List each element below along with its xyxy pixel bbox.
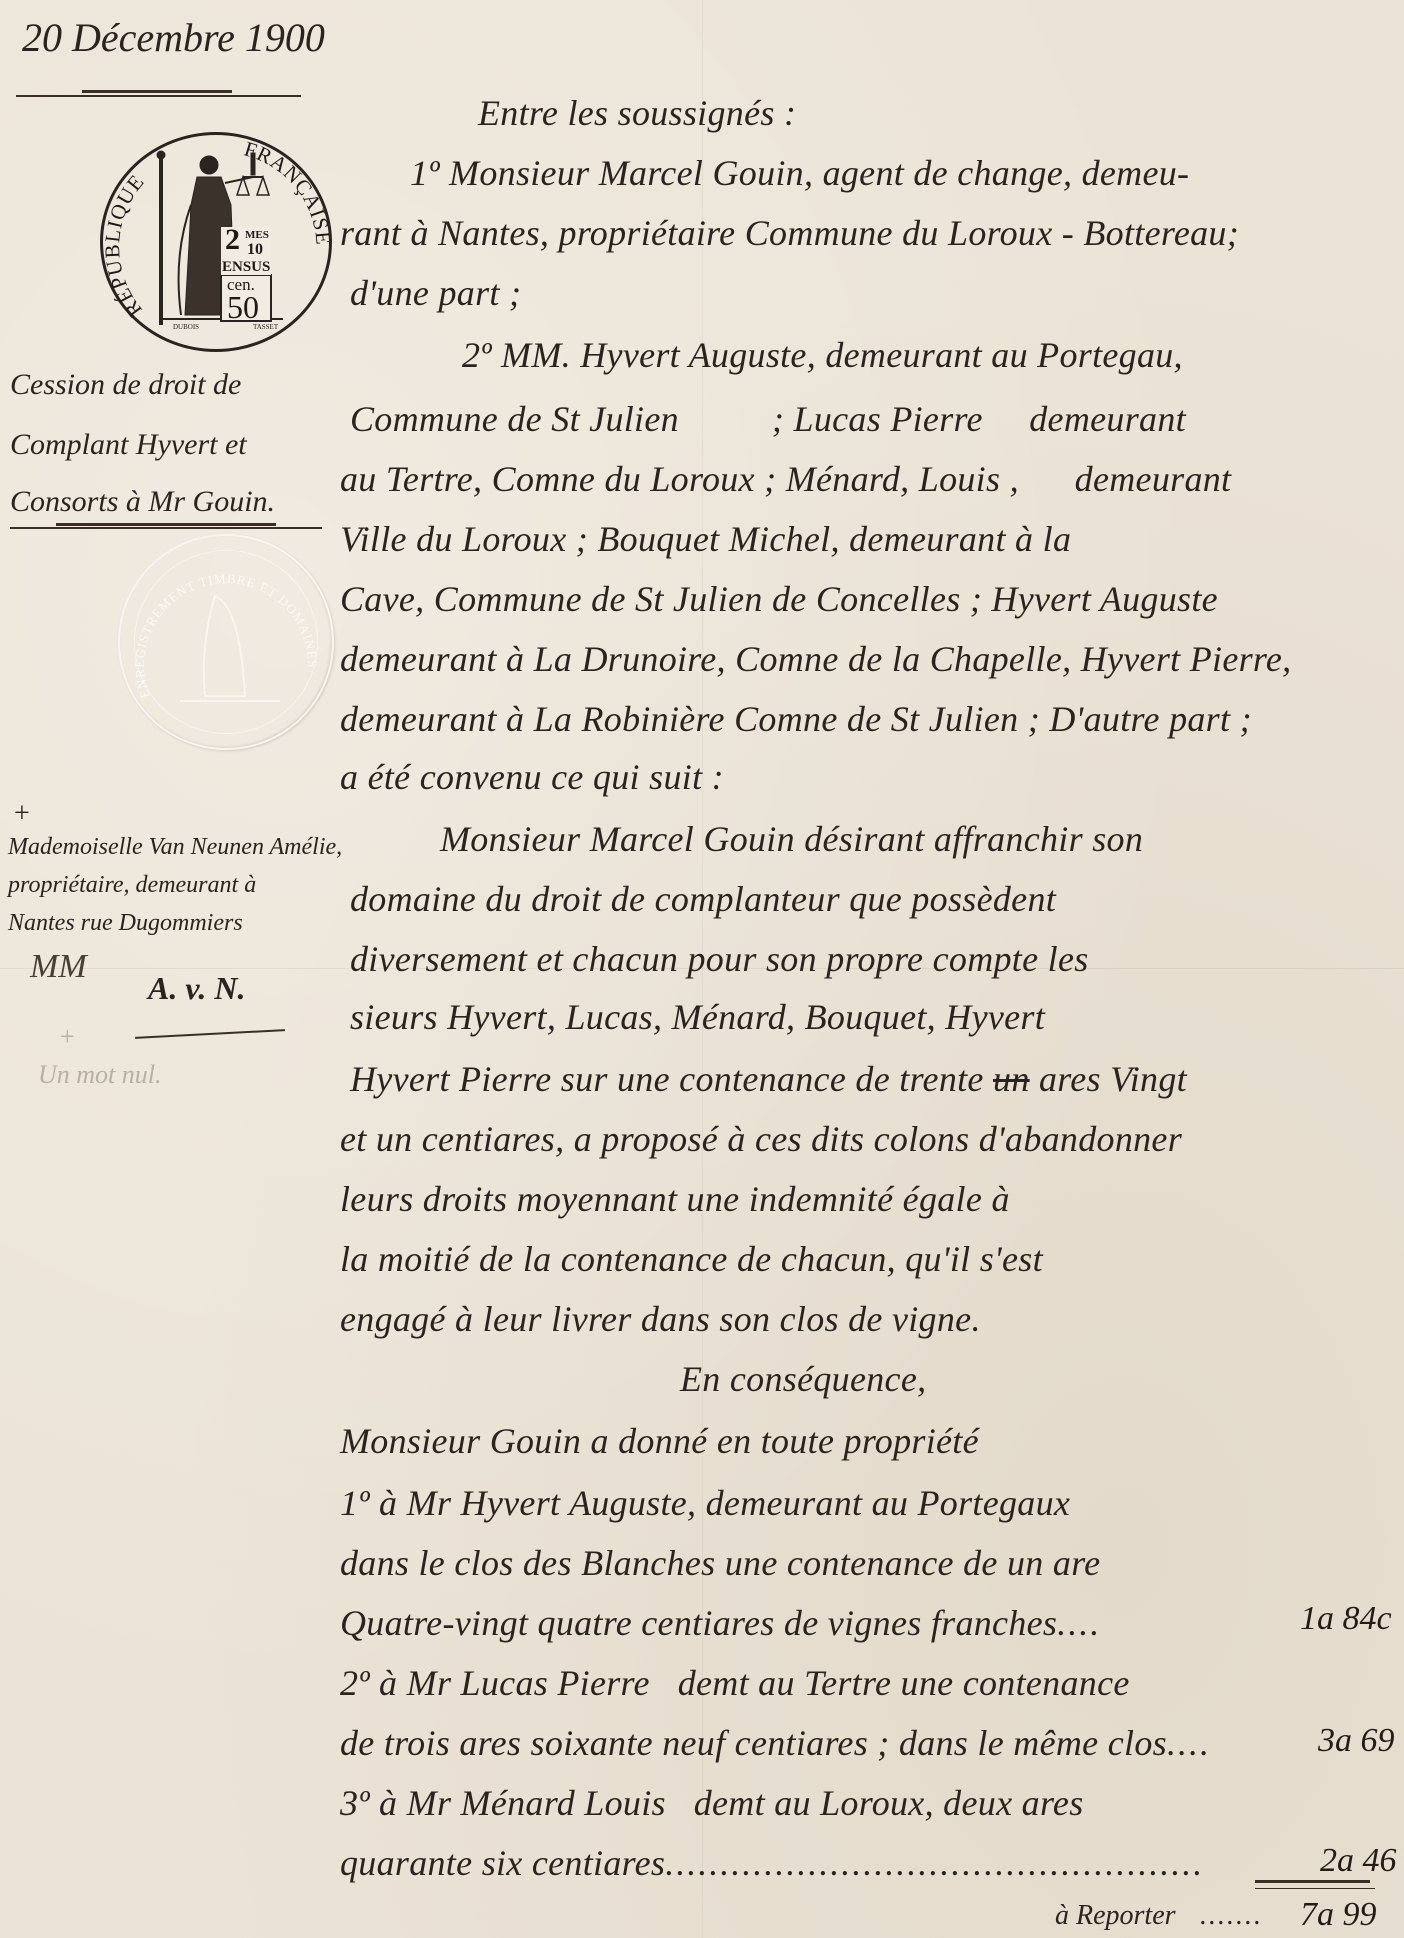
body-line: d'une part ; bbox=[350, 272, 521, 314]
body-line: 1º Monsieur Marcel Gouin, agent de chang… bbox=[410, 152, 1189, 194]
total-value: 7a 99 bbox=[1300, 1896, 1377, 1934]
margin-note-mark: + bbox=[14, 798, 30, 830]
body-line: et un centiares, a proposé à ces dits co… bbox=[340, 1118, 1182, 1160]
body-line: Hyvert Pierre sur une contenance de tren… bbox=[350, 1058, 1187, 1100]
total-rule-thin bbox=[1255, 1888, 1375, 1889]
stamp-engraver-left: DUBOIS bbox=[173, 323, 199, 331]
body-line: 3º à Mr Ménard Louis demt au Loroux, deu… bbox=[340, 1782, 1084, 1824]
body-line: Cave, Commune de St Julien de Concelles … bbox=[340, 578, 1218, 620]
margin-title-line-1: Cession de droit de bbox=[10, 368, 241, 402]
body-line: au Tertre, Comne du Loroux ; Ménard, Lou… bbox=[340, 458, 1231, 500]
body-line: quarante six centiares..................… bbox=[340, 1842, 1204, 1884]
embossed-seal-artwork: ENREGISTREMENT TIMBRE ET DOMAINES bbox=[120, 536, 332, 748]
body-line-text: Hyvert Pierre sur une contenance de tren… bbox=[350, 1059, 984, 1099]
margin-note-line-3: Nantes rue Dugommiers bbox=[8, 910, 243, 937]
svg-text:RÉPUBLIQUE: RÉPUBLIQUE bbox=[103, 170, 149, 322]
body-line: Monsieur Marcel Gouin désirant affranchi… bbox=[440, 818, 1143, 860]
body-line: dans le clos des Blanches une contenance… bbox=[340, 1542, 1100, 1584]
body-line: sieurs Hyvert, Lucas, Ménard, Bouquet, H… bbox=[350, 996, 1045, 1038]
embossed-seal: ENREGISTREMENT TIMBRE ET DOMAINES bbox=[118, 534, 334, 750]
body-heading: Entre les soussignés : bbox=[478, 92, 796, 134]
leader-dots: .... bbox=[1167, 1723, 1211, 1763]
total-label: à Reporter bbox=[1055, 1900, 1176, 1932]
total-rule bbox=[1255, 1880, 1370, 1883]
margin-title-line-2: Complant Hyvert et bbox=[10, 428, 247, 462]
body-line: de trois ares soixante neuf centiares ; … bbox=[340, 1722, 1211, 1764]
stamp-fraction-sup: MES bbox=[245, 229, 269, 241]
document-date: 20 Décembre 1900 bbox=[22, 14, 325, 61]
margin-note-line-1: Mademoiselle Van Neunen Amélie, bbox=[8, 834, 342, 861]
allocation-text: de trois ares soixante neuf centiares ; … bbox=[340, 1723, 1167, 1763]
leader-dots: ........................................… bbox=[665, 1843, 1204, 1883]
margin-title-line-3: Consorts à Mr Gouin. bbox=[10, 485, 275, 519]
allocation-text: quarante six centiares bbox=[340, 1843, 665, 1883]
body-line: Quatre-vingt quatre centiares de vignes … bbox=[340, 1602, 1101, 1644]
embossed-seal-text: ENREGISTREMENT TIMBRE ET DOMAINES bbox=[132, 571, 320, 700]
body-line: Commune de St Julien ; Lucas Pierre deme… bbox=[350, 398, 1186, 440]
body-line: domaine du droit de complanteur que poss… bbox=[350, 878, 1056, 920]
stamp-fraction-top: 2 bbox=[225, 223, 240, 257]
leader-dots: .... bbox=[1057, 1603, 1101, 1643]
amount-value: 2a 46 bbox=[1320, 1842, 1397, 1880]
stamp-fraction-den: 10 bbox=[247, 241, 263, 259]
body-line-tail: ares Vingt bbox=[1039, 1059, 1187, 1099]
margin-title-underline bbox=[10, 527, 322, 529]
section-heading: En conséquence, bbox=[680, 1358, 926, 1400]
body-line: 2º MM. Hyvert Auguste, demeurant au Port… bbox=[462, 334, 1183, 376]
struck-word: un bbox=[993, 1059, 1030, 1099]
body-line: 2º à Mr Lucas Pierre demt au Tertre une … bbox=[340, 1662, 1130, 1704]
stamp-text-left: RÉPUBLIQUE bbox=[103, 170, 149, 322]
allocation-text: Quatre-vingt quatre centiares de vignes … bbox=[340, 1603, 1057, 1643]
revenue-stamp: RÉPUBLIQUE FRANÇAISE 2 MES 10 ENSUS cen.… bbox=[100, 132, 332, 352]
pencil-note: Un mot nul. bbox=[38, 1060, 162, 1090]
date-underline bbox=[16, 95, 301, 97]
signature-flourish bbox=[135, 1029, 285, 1039]
margin-note-line-2: propriétaire, demeurant à bbox=[8, 872, 256, 899]
body-line: rant à Nantes, propriétaire Commune du L… bbox=[340, 212, 1239, 254]
stamp-value: 50 bbox=[227, 289, 259, 326]
body-line: Ville du Loroux ; Bouquet Michel, demeur… bbox=[340, 518, 1071, 560]
leader-dots: ....... bbox=[1200, 1900, 1263, 1932]
stamp-engraver-right: TASSET bbox=[253, 323, 278, 331]
pencil-note-mark: + bbox=[60, 1022, 75, 1052]
date-underline-bold bbox=[82, 90, 232, 93]
signature-2: A. v. N. bbox=[148, 970, 245, 1007]
body-line: demeurant à La Robinière Comne de St Jul… bbox=[340, 698, 1252, 740]
body-line: a été convenu ce qui suit : bbox=[340, 756, 724, 798]
body-line: engagé à leur livrer dans son clos de vi… bbox=[340, 1298, 981, 1340]
amount-value: 1a 84c bbox=[1300, 1600, 1392, 1638]
body-line: demeurant à La Drunoire, Comne de la Cha… bbox=[340, 638, 1291, 680]
body-line: la moitié de la contenance de chacun, qu… bbox=[340, 1238, 1043, 1280]
signature-1: MM bbox=[30, 948, 87, 986]
body-line: diversement et chacun pour son propre co… bbox=[350, 938, 1089, 980]
svg-text:ENREGISTREMENT TIMBRE ET DOMAI: ENREGISTREMENT TIMBRE ET DOMAINES bbox=[132, 571, 320, 700]
stamp-ensus: ENSUS bbox=[222, 259, 270, 276]
margin-title-underline-bold bbox=[56, 523, 276, 526]
stamp-artwork: RÉPUBLIQUE FRANÇAISE bbox=[103, 135, 329, 349]
amount-value: 3a 69 bbox=[1318, 1722, 1395, 1760]
body-line: 1º à Mr Hyvert Auguste, demeurant au Por… bbox=[340, 1482, 1070, 1524]
body-line: Monsieur Gouin a donné en toute propriét… bbox=[340, 1420, 979, 1462]
body-line: leurs droits moyennant une indemnité éga… bbox=[340, 1178, 1010, 1220]
